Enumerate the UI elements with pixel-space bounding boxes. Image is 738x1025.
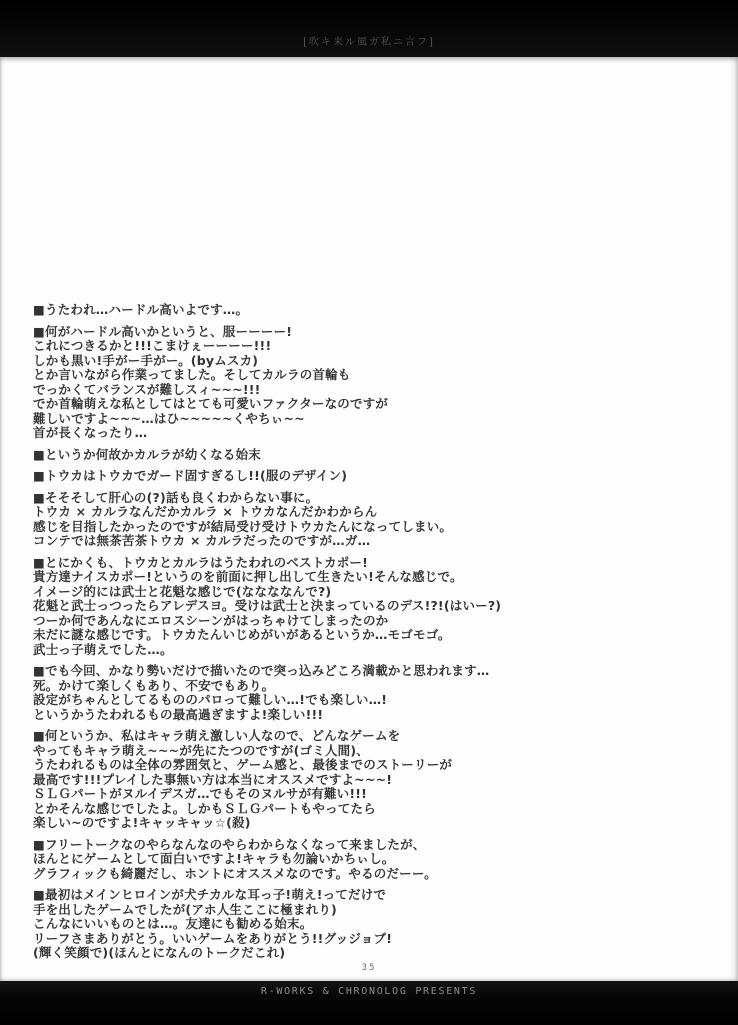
- footer-credit: R-WORKS & CHRONOLOG PRESENTS: [261, 986, 477, 997]
- freetalk-paragraph: ■とにかくも、トウカとカルラはうたわれのベストカポー! 貴方達ナイスカポー!とい…: [33, 556, 705, 658]
- freetalk-paragraph: ■何というか、私はキャラ萌え激しい人なので、どんなゲームを やってもキャラ萌え~…: [33, 729, 705, 831]
- freetalk-paragraph: ■うたわれ…ハードル高いよです…。: [33, 303, 705, 318]
- paper-page: ■うたわれ…ハードル高いよです…。 ■何がハードル高いかというと、服ーーーー! …: [0, 57, 738, 981]
- page-header-band: [吹キ来ル風ガ私ニ言フ]: [0, 0, 738, 57]
- page-footer-band: R-WORKS & CHRONOLOG PRESENTS: [0, 981, 738, 1025]
- page-number: 35: [0, 963, 738, 973]
- scanned-doujin-page: [吹キ来ル風ガ私ニ言フ] ■うたわれ…ハードル高いよです…。 ■何がハードル高い…: [0, 0, 738, 1025]
- freetalk-paragraph: ■トウカはトウカでガード固すぎるし!!(服のデザイン): [33, 469, 705, 484]
- freetalk-text-block: ■うたわれ…ハードル高いよです…。 ■何がハードル高いかというと、服ーーーー! …: [33, 303, 705, 968]
- freetalk-paragraph: ■そそそして肝心の(?)話も良くわからない事に。 トウカ × カルラなんだかカル…: [33, 491, 705, 549]
- freetalk-paragraph: ■何がハードル高いかというと、服ーーーー! これにつきるかと!!!こまけぇーーー…: [33, 325, 705, 441]
- freetalk-paragraph: ■フリートークなのやらなんなのやらわからなくなって来ましたが、 ほんとにゲームと…: [33, 838, 705, 882]
- freetalk-paragraph: ■でも今回、かなり勢いだけで描いたので突っ込みどころ満載かと思われます… 死。か…: [33, 664, 705, 722]
- freetalk-paragraph: ■最初はメインヒロインが犬チカルな耳っ子!萌え!ってだけで 手を出したゲームでし…: [33, 888, 705, 961]
- header-title: [吹キ来ル風ガ私ニ言フ]: [303, 33, 435, 48]
- freetalk-paragraph: ■というか何故かカルラが幼くなる始末: [33, 448, 705, 463]
